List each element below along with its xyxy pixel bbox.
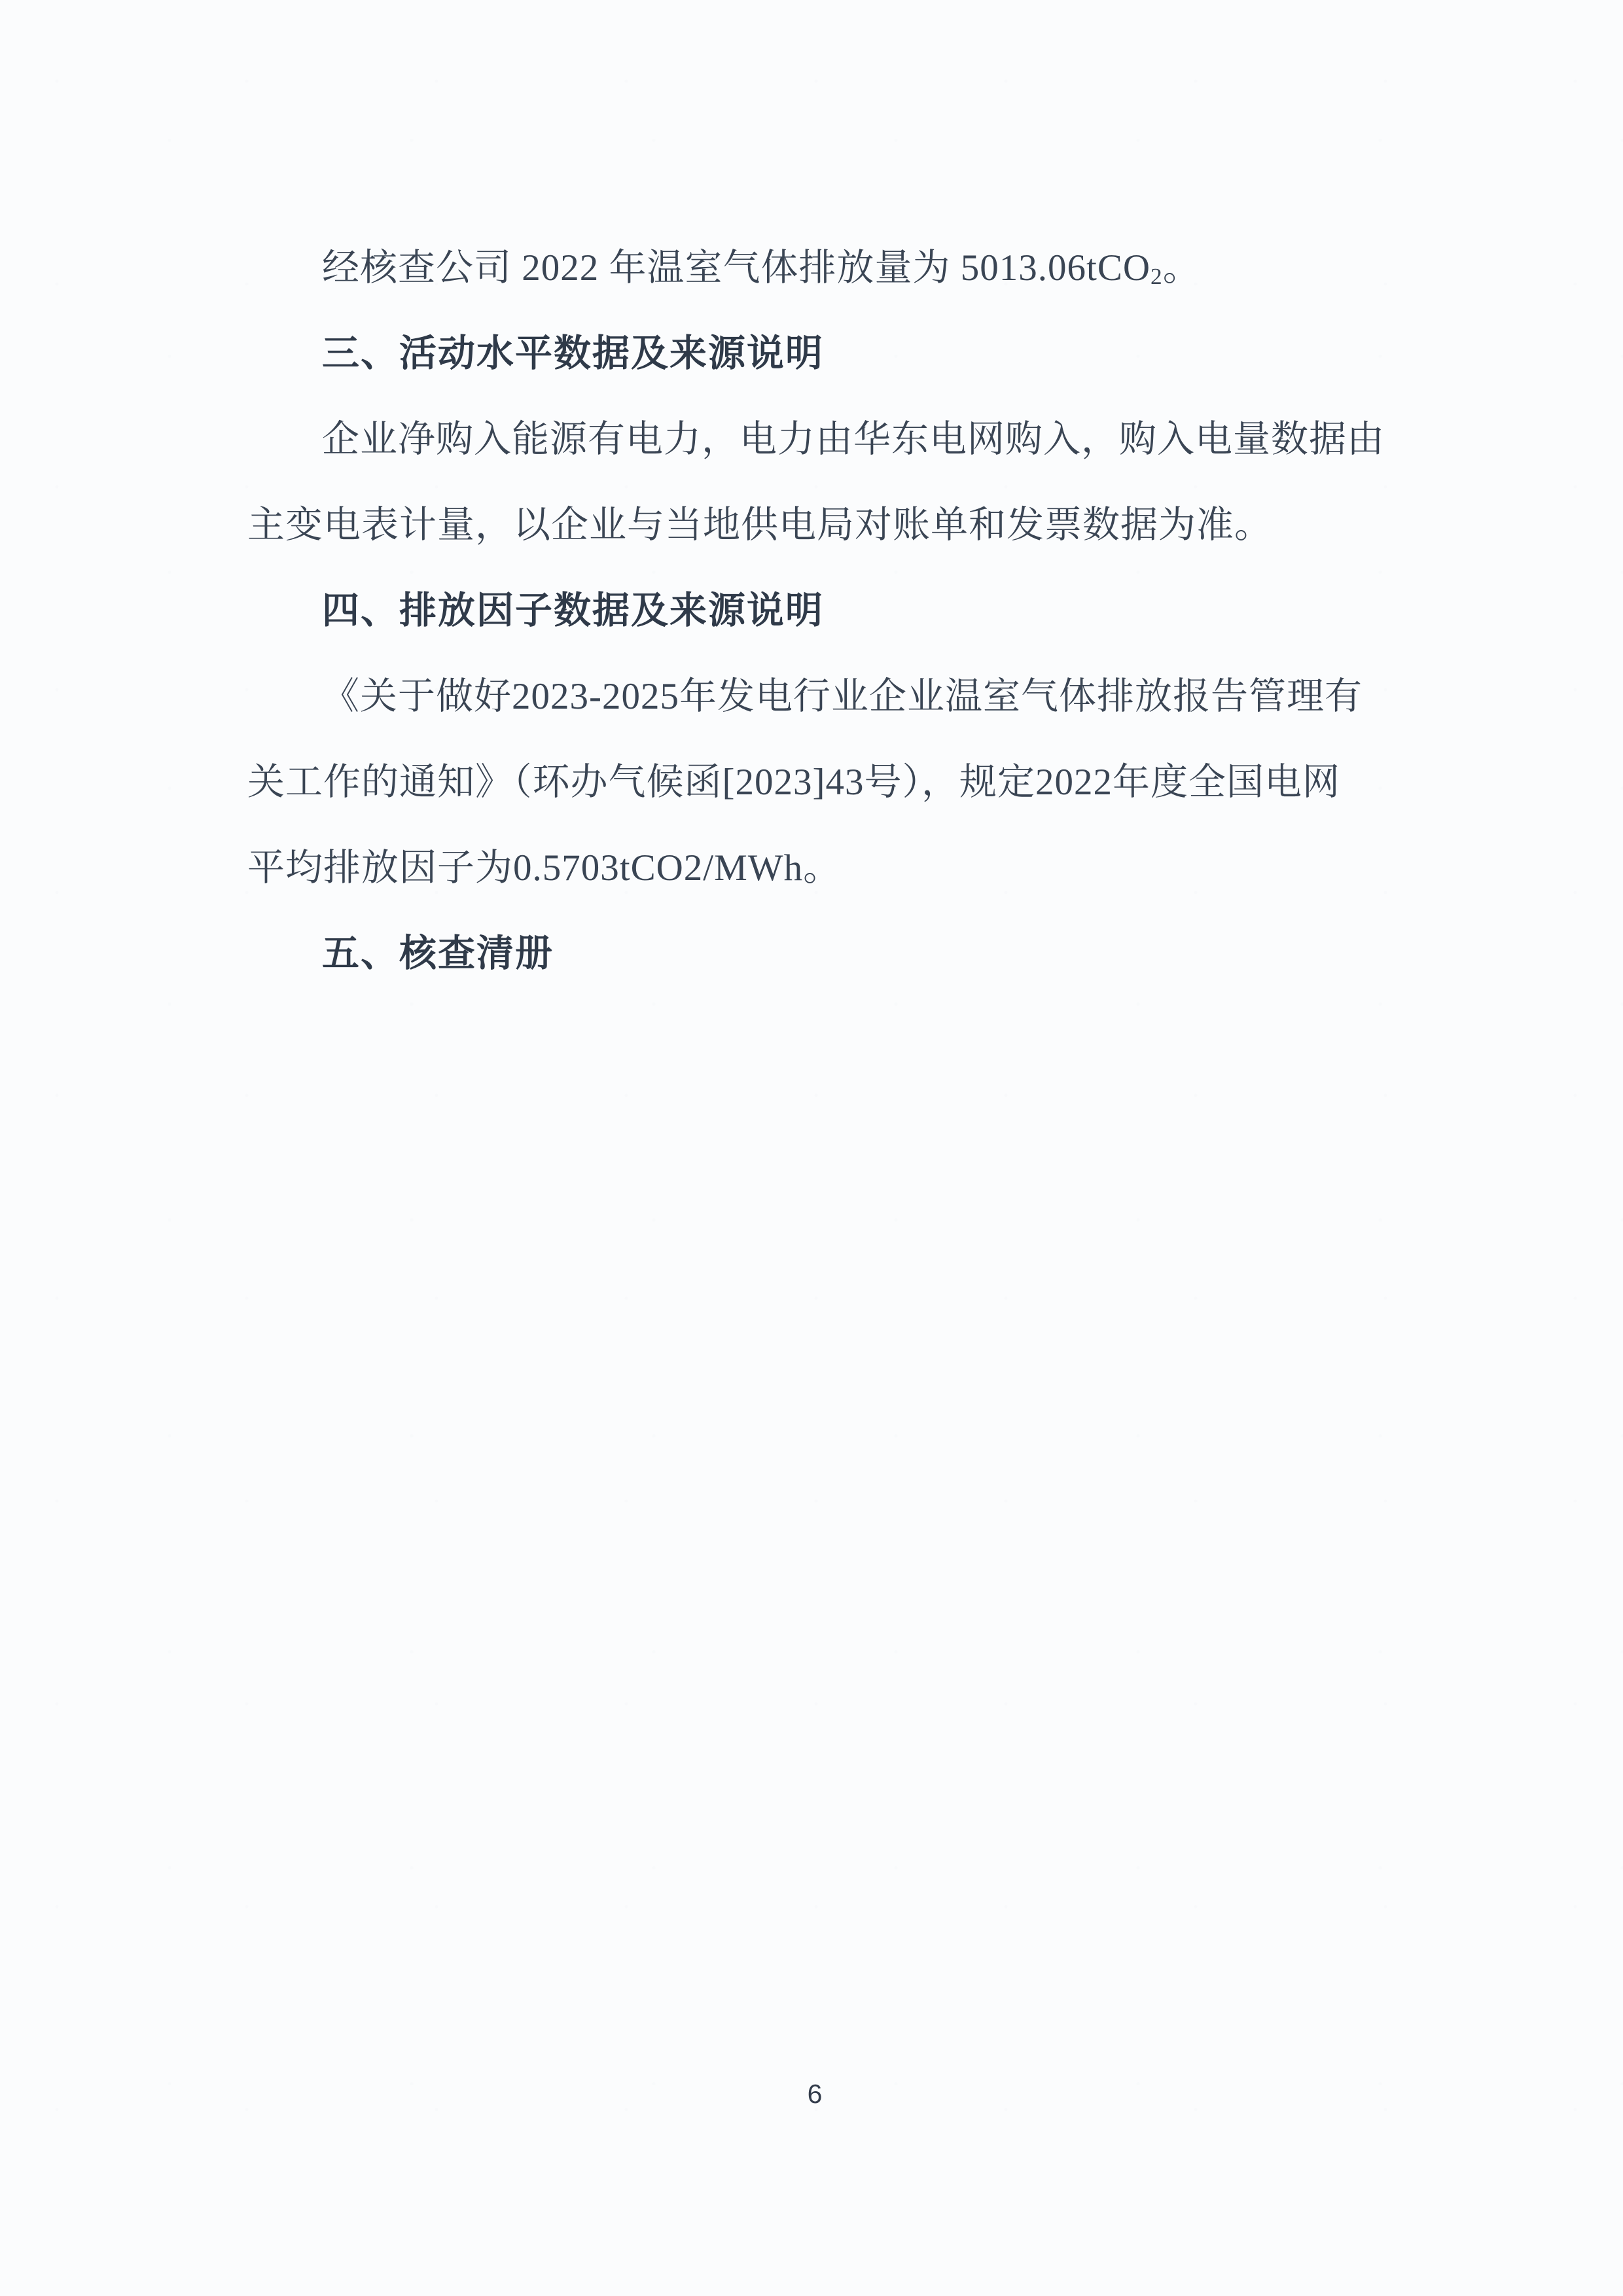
section-heading-activity-data: 三、活动水平数据及来源说明: [247, 311, 1376, 397]
emission-summary-line: 经核查公司 2022 年温室气体排放量为 5013.06tCO2。: [247, 225, 1376, 311]
emission-factor-paragraph-line-2: 关工作的通知》（环办气候函[2023]43号），规定2022年度全国电网: [247, 739, 1376, 825]
activity-data-paragraph-line-1: 企业净购入能源有电力，电力由华东电网购入，购入电量数据由: [247, 397, 1376, 482]
section-heading-emission-factor: 四、排放因子数据及来源说明: [247, 568, 1376, 654]
emission-summary-text: 经核查公司 2022 年温室气体排放量为 5013.06tCO: [322, 247, 1150, 289]
emission-factor-paragraph-line-1: 《关于做好2023-2025年发电行业企业温室气体排放报告管理有: [247, 654, 1376, 739]
section-heading-verification-list: 五、核查清册: [247, 911, 1376, 997]
emission-factor-paragraph-line-3: 平均排放因子为0.5703tCO2/MWh。: [247, 825, 1376, 911]
activity-data-paragraph-line-2: 主变电表计量，以企业与当地供电局对账单和发票数据为准。: [247, 482, 1376, 568]
document-page: 经核查公司 2022 年温室气体排放量为 5013.06tCO2。 三、活动水平…: [0, 0, 1623, 2296]
emission-summary-period: 。: [1163, 247, 1201, 289]
page-number: 6: [0, 2078, 1623, 2110]
document-body: 经核查公司 2022 年温室气体排放量为 5013.06tCO2。 三、活动水平…: [247, 225, 1376, 997]
co2-subscript: 2: [1150, 264, 1163, 289]
